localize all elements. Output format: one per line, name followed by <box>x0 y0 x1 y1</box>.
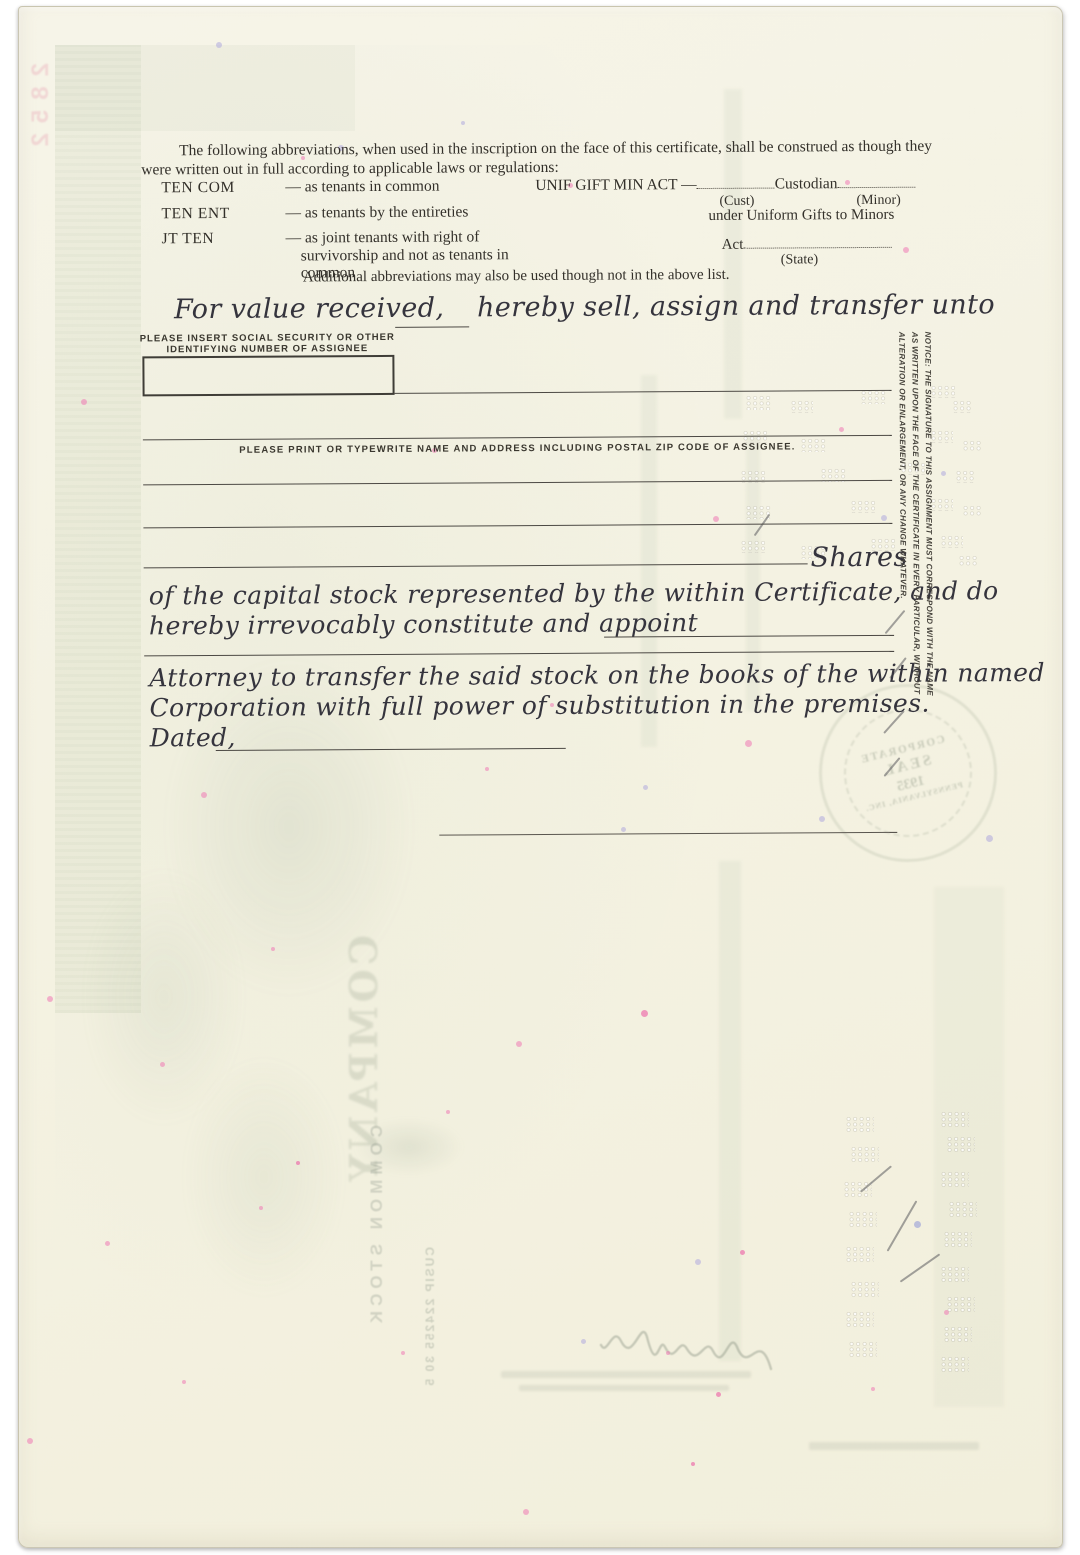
dated-blank-line <box>216 748 566 751</box>
abbr-ten-ent-definition: — as tenants by the entireties <box>285 203 468 222</box>
abbr-jt-ten: JT TEN <box>162 230 215 248</box>
capital-stock-clause-text: of the capital stock represented by the … <box>149 576 999 611</box>
unif-gift-row: UNIF GIFT MIN ACT —Custodian <box>535 175 915 195</box>
state-caption: (State) <box>781 252 818 268</box>
under-uniform-gifts: under Uniform Gifts to Minors <box>708 207 894 225</box>
additional-abbreviations-note: Additional abbreviations may also be use… <box>303 267 730 287</box>
signature-notice: NOTICE: THE SIGNATURE TO THIS ASSIGNMENT… <box>895 332 937 772</box>
act-row: Act <box>722 236 892 254</box>
act-label: Act <box>722 237 744 253</box>
ssn-label: IDENTIFYING NUMBER OF ASSIGNEE <box>121 343 413 356</box>
custodian-label: Custodian <box>775 175 838 192</box>
unif-gift-label: UNIF GIFT MIN ACT — <box>535 176 696 194</box>
shares-amount-line <box>144 563 808 568</box>
abbr-ten-com: TEN COM <box>161 179 235 197</box>
abbr-ten-ent: TEN ENT <box>161 205 229 223</box>
ssn-box <box>142 355 394 397</box>
signature-line <box>439 832 897 836</box>
certificate-back-sheet: COMPANY COMMON STOCK CUSIP 224255 30 5 2… <box>18 6 1063 1548</box>
shares-label-text: Shares <box>811 542 908 574</box>
assignee-name-line <box>395 390 892 394</box>
assignee-address-line <box>143 435 892 441</box>
abbr-ten-com-definition: — as tenants in common <box>285 178 439 197</box>
print-instruction-label: PLEASE PRINT OR TYPEWRITE NAME AND ADDRE… <box>143 441 892 457</box>
assignee-address-line <box>143 523 892 529</box>
printed-content: The following abbreviations, when used i… <box>18 6 1063 1548</box>
transfer-clause-text: hereby sell, assign and transfer unto <box>477 289 995 323</box>
abbreviations-intro: The following abbreviations, when used i… <box>141 136 956 179</box>
attorney-clause-text: Corporation with full power of substitut… <box>149 689 929 724</box>
notice-line: NOTICE: THE SIGNATURE TO THIS ASSIGNMENT… <box>921 332 937 772</box>
for-value-received-text: For value received, <box>174 293 444 326</box>
dated-label-text: Dated, <box>150 723 236 754</box>
custodian-blank-line <box>697 178 775 189</box>
act-blank-line <box>743 237 891 249</box>
notice-line: AS WRITTEN UPON THE FACE OF THE CERTIFIC… <box>908 332 924 772</box>
assignor-blank-line <box>395 326 469 327</box>
notice-line: ALTERATION OR ENLARGEMENT, OR ANY CHANGE… <box>895 332 911 772</box>
assignee-address-line <box>143 480 892 486</box>
minor-blank-line <box>838 177 916 188</box>
attorney-name-line2 <box>144 651 894 657</box>
